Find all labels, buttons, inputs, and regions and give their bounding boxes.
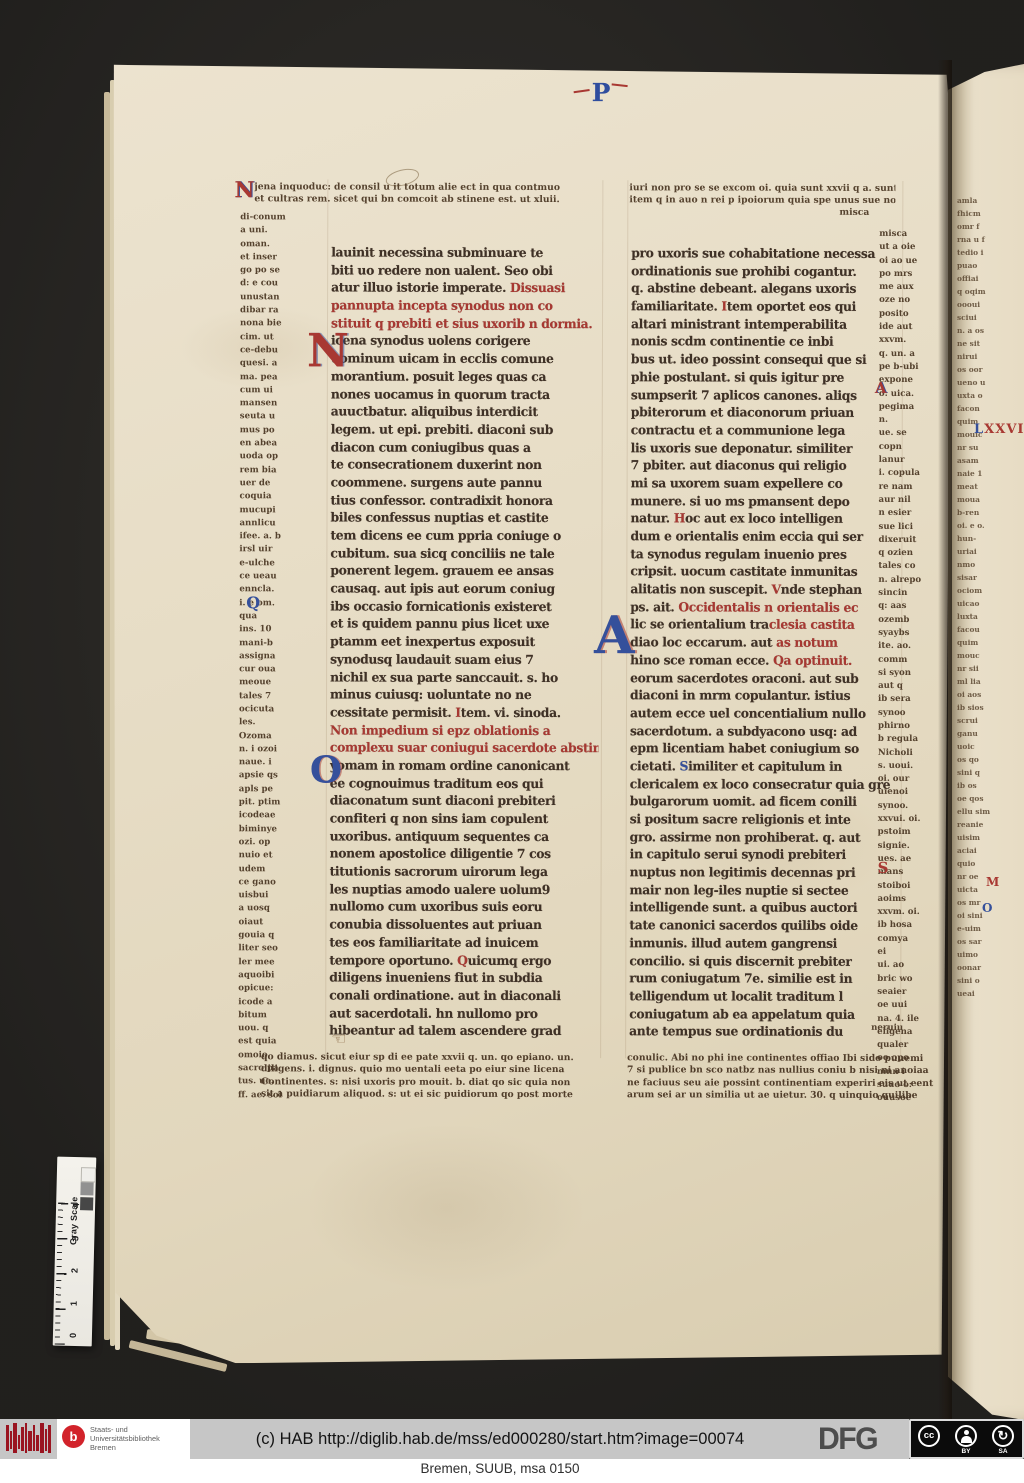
text-line: pro uxoris sue cohabitatione necessa [631,244,900,262]
text-line: mansen [240,397,316,410]
top-gloss-right: iuri non pro se se excom oi. quia sunt x… [629,182,895,218]
text-line: misca [629,206,895,218]
text-line: pe b-ubi [879,361,941,374]
text-line: q. un. a [879,348,941,361]
column2-initial-a: A [594,610,634,662]
text-line: sumpserit 7 aplicos canones. aliqs [631,386,900,404]
text-line: ins. 10 [239,623,315,636]
text-line: b regula [878,733,940,746]
ruler-ticks-major [55,1203,68,1345]
text-line: hibeantur ad talem ascendere grad [329,1022,598,1040]
cc-sa-label: SA [992,1448,1014,1455]
text-line: gro. assirme non prohiberat. q. aut [630,828,899,846]
text-line: mair non leg-iles nuptie si sectee [630,881,899,899]
text-line: oi ao ue [879,255,941,268]
text-line: clericalem ex loco consecratur quia gre [630,775,899,793]
text-line: ne sit [957,337,1014,350]
text-line: in capitulo serui synodi prebiteri [630,846,899,864]
text-line: sue lici [878,520,940,533]
text-line: oe qos [957,792,1014,805]
text-line: Continentes. s: nisi uxoris pro mouit. b… [261,1076,613,1089]
ruler-numbers: 43210 [67,1197,82,1337]
text-line: os oor [957,363,1014,376]
text-line: meat [957,480,1014,493]
text-line: fhicm [957,207,1014,220]
text-line: tales co [878,560,940,573]
text-line: cietati. Similiter et capitulum in [630,757,899,775]
text-line: icode a [238,996,314,1009]
text-line: autem ecce uel concentialium nullo [630,704,899,722]
text-line: moua [957,493,1014,506]
text-line: ite. ao. [878,640,940,653]
text-line: qualer [877,1039,939,1052]
text-line: synoo [878,707,940,720]
text-line: os qo [957,753,1014,766]
text-line: tes eos familiaritate ad inuicem [329,933,598,951]
text-line: uisbui [239,889,315,902]
column1-initial-n: N [307,327,349,373]
text-line: tales 7 [239,690,315,703]
text-line: e-ulche [239,557,315,570]
book-gutter-shadow [938,60,952,1420]
text-line: uer de [240,477,316,490]
text-column-1: lauinit necessina subminuare tebiti uo r… [329,243,600,1044]
text-line: les. [239,717,315,730]
text-line: icodeae [239,810,315,823]
text-line: copn [879,441,941,454]
text-line: uienoi [878,786,940,799]
text-line: et cultras rem. sicet qui bn comcoit ab … [254,193,654,206]
text-line: xxvui. oi. [878,813,940,826]
text-line: nuptus non legitimis decennas pri [630,863,899,881]
text-line: ta synodus regulam inuenio pres [630,545,899,563]
text-line: mus po [240,424,316,437]
left-margin-initial-q: Q [246,595,260,611]
text-line: posito [879,308,941,321]
text-line: ptamm eet inexpertus exposuit [330,633,599,651]
text-line: ui. ao [877,959,939,972]
text-line: conali ordinatione. aut in diaconali [329,986,598,1004]
text-line: bitum [238,1009,314,1022]
text-line: ocicuta [239,703,315,716]
text-line: ifee. a. b [239,530,315,543]
text-line: diaconi in mrm copulantur. istius [630,686,899,704]
text-line: oi. our [878,773,940,786]
text-line: ociom [957,584,1014,597]
text-line: complexu suar coniugui sacerdote abstine [330,739,599,757]
text-line: ib hosa [877,919,939,932]
text-line: irsl uir [239,544,315,557]
text-line: tedio i [957,246,1014,259]
text-line: udem [239,863,315,876]
text-line: facon [957,402,1014,415]
text-line: epm licentiam habet coniugium so [630,740,899,758]
text-line: biminye [239,823,315,836]
text-line: en abea [240,437,316,450]
text-line: jena inquoduc: de consil u it totum alie… [254,181,654,194]
text-line: a uni. [240,225,316,238]
text-line: rna u f [957,233,1014,246]
text-line: ib os [957,779,1014,792]
text-line: intelligende sunt. a quibus auctori [629,899,898,917]
text-line: causaq. aut ipis aut eorum coniug [330,580,599,598]
text-line: ponerent legem. grauem ee ansas [330,562,599,580]
text-line: coniugatum ab ea appelatum quia [629,1005,898,1023]
digitized-manuscript-scan: P N jena inquoduc: de consil u it totum … [0,0,1024,1483]
text-line: auuctbatur. aliquibus interdicit [331,403,600,421]
text-column-2: pro uxoris sue cohabitatione necessaordi… [629,244,900,1045]
text-line: tem dicens ee cum ppria coniuge o [330,526,599,544]
text-line: uisim [957,831,1014,844]
text-line: atur illuo istorie imperate. Dissuasi [331,279,600,297]
text-line: telligendum ut localit traditum l [629,987,898,1005]
text-line: nichil ex sua parte sanccauit. s. ho [330,668,599,686]
text-line: 7 pbiter. aut diaconus qui religio [631,457,900,475]
text-line: aur nil [879,494,941,507]
footer-attribution-bar: b Staats- undUniversitätsbibliothekBreme… [0,1419,1024,1459]
text-line: scrui [957,714,1014,727]
text-line: oooui [957,298,1014,311]
text-line: sisar [957,571,1014,584]
text-line: aut q [878,680,940,693]
text-line: oze no [879,294,941,307]
top-gloss-left: jena inquoduc: de consil u it totum alie… [254,181,654,206]
shelfmark-text: Bremen, SUUB, msa 0150 [0,1461,1000,1476]
bremen-library-name: Staats- undUniversitätsbibliothekBremen [90,1426,160,1452]
text-line: bulgarorum uomit. ad ficem conili [630,793,899,811]
text-line: meoue [239,677,315,690]
text-line: quim [957,636,1014,649]
person-body [961,1436,972,1443]
text-line: q oqim [957,285,1014,298]
text-line: biles confessus nuptias et castite [330,509,599,527]
text-line: n. alrepo [878,574,940,587]
text-line: diligens inueniens fiut in subdia [329,969,598,987]
text-line: munere. si uo ms pmansent depo [631,492,900,510]
text-line: aquoibi [238,969,314,982]
copyright-url-text: (c) HAB http://diglib.hab.de/mss/ed00028… [200,1419,800,1459]
folio-numeral-rest: XXVI [984,422,1024,437]
text-line: oiaut [238,916,314,929]
text-line: ce-debu [240,344,316,357]
text-line: rem bia [240,464,316,477]
text-line: Universitätsbibliothek [90,1435,160,1444]
cc-sa-arrow-icon: ↻ [992,1425,1014,1447]
facing-initial-m: M [986,876,999,888]
text-line: 0 [68,1326,78,1338]
text-line: cur oua [239,663,315,676]
text-line: legem. ut epi. prebiti. diaconi sub [331,420,600,438]
folio-numeral-first: L [974,422,984,437]
text-line: e-uim [957,922,1014,935]
text-line: opicue: [238,982,314,995]
text-line: biti uo redere non ualent. Seo obi [331,261,600,279]
text-line: misca [879,228,941,241]
text-line: unustan [240,291,316,304]
text-line: nullomo cum uxoribus suis eoru [329,898,598,916]
text-line: comya [877,933,939,946]
cc-by-label: BY [955,1448,977,1455]
text-line: Bremen [90,1444,160,1453]
text-line: quio [957,857,1014,870]
text-line: di-conum [240,211,316,224]
text-line: pstoim [878,826,940,839]
text-line: bric wo [877,973,939,986]
text-line: Non impedium si epz oblationis a [330,721,599,739]
text-line: ib sera [878,693,940,706]
text-line: q ozien [878,547,940,560]
text-line: offiai [957,272,1014,285]
text-line: nuio et [239,849,315,862]
text-line: lis uxoris sue deponatur. similiter [631,439,900,457]
text-line: iuri non pro se se excom oi. quia sunt x… [629,182,895,194]
text-line: pannupta incepta synodus non co [331,297,600,315]
text-line: go po se [240,264,316,277]
text-line: diao loc eccarum. aut as notum [630,633,899,651]
bottom-gloss-right: conulic. Abi no phi ine continentes offi… [627,1052,979,1102]
text-line: cripsit. uocum castitate inmunitas [630,563,899,581]
text-line: lauinit necessina subminuare te [331,243,600,261]
text-line: hino sce roman ecce. Qa optinuit. [630,651,899,669]
text-line: nirui [957,350,1014,363]
text-line: phirno [878,720,940,733]
bremen-library-logo: b [62,1425,85,1448]
right-margin-initial-s: S [878,861,889,876]
gray-scale-ruler: Gray Scale 43210 [53,1157,97,1347]
text-line: d: e cou [240,278,316,291]
cc-icon: cc [918,1425,940,1447]
text-line: diaconatum sunt diaconi prebiteri [330,792,599,810]
text-line: conulic. Abi no phi ine continentes offi… [627,1052,979,1065]
text-line: sini o [957,974,1014,987]
text-line: expone [879,374,941,387]
text-line: conubia dissoluentes aut priuan [329,916,598,934]
text-line: omr f [957,220,1014,233]
text-line: xxvm. [879,334,941,347]
text-line: tius confessor. contradixit honora [331,491,600,509]
text-line: dibar ra [240,304,316,317]
text-line: re nam [879,481,941,494]
text-line: quesi. a [240,358,316,371]
text-line: ue. se [879,427,941,440]
text-line: pit. ptim [239,796,315,809]
text-line: q. abstine debeant. alegans uxoris [631,280,900,298]
text-line: 4 [71,1196,81,1208]
text-line: liter seo [238,943,314,956]
text-line: mucupi [240,504,316,517]
text-line: item q in auo n rei p ipoiorum quia spe … [629,194,895,206]
text-line: mouc [957,649,1014,662]
text-line: alitatis non suscepit. Vnde stephan [630,580,899,598]
text-line: ml lia [957,675,1014,688]
text-line: altari ministrant intemperabilita [631,315,900,333]
copyright-segment: (c) HAB http://diglib.hab.de/mss/ed00028… [190,1419,909,1459]
text-line: ce ueau [239,570,315,583]
quire-mark-p: P [592,78,611,107]
text-line: Nicholi [878,746,940,759]
dfg-logo: DFG [818,1422,877,1458]
cc-by-person-icon [955,1425,977,1447]
text-line: arum sei ar un similia ut ae uietur. 30.… [627,1089,979,1102]
text-line: et inser [240,251,316,264]
text-line: ei [877,946,939,959]
text-line: sincin [878,587,940,600]
text-line: reanie [957,818,1014,831]
text-line: cim. ut [240,331,316,344]
text-line: q: aas [878,600,940,613]
quire-mark-flourish [574,89,590,93]
text-line: n. a os [957,324,1014,337]
text-line: icena synodus uolens corigere [331,332,600,350]
text-line: dixeruit [878,534,940,547]
text-line: n esier [879,507,941,520]
text-line: annlicu [239,517,315,530]
text-line: asam [957,454,1014,467]
text-line: lanur [879,454,941,467]
text-line: xxvm. oi. [877,906,939,919]
text-line: naie 1 [957,467,1014,480]
text-line: nonis scdm continentie ce inbi [631,333,900,351]
text-line: nones uocamus in quorum tracta [331,385,600,403]
text-line: ps. ait. Occidentalis n orientalis ec [630,598,899,616]
text-line: n. i ozoi [239,743,315,756]
text-line: oe uui [877,999,939,1012]
text-line: sacerdotum. a subdyacono usq: ad [630,722,899,740]
text-line: uicao [957,597,1014,610]
manuscript-page: P N jena inquoduc: de consil u it totum … [110,61,951,1365]
text-line: ide aut [879,321,941,334]
text-line: ueno u [957,376,1014,389]
text-line: synoo. [878,800,940,813]
text-line: uxoribus. antiquum sequentes ca [330,827,599,845]
text-line: a uosq [238,903,314,916]
bottom-gloss-note: neruiu [871,1023,903,1033]
text-line: os sar [957,935,1014,948]
photo-background: P N jena inquoduc: de consil u it totum … [0,0,1024,1419]
text-line: te consecrationem duxerint non [331,456,600,474]
text-line: bus ut. ideo possint consequi que si [631,350,900,368]
text-line: confiteri q non sins iam copulent [330,809,599,827]
text-line: me aux [879,281,941,294]
text-line: oonar [957,961,1014,974]
column1-initial-o: O [310,751,342,788]
text-line: sit a puidiarum aliquod. s: ut ei sic pu… [261,1088,613,1101]
text-line: eorum sacerdotes oraconi. aut sub [630,669,899,687]
text-line: facou [957,623,1014,636]
text-line: ganu [957,727,1014,740]
text-line: et is quidem pannu pius licet uxe [330,615,599,633]
text-line: 3 [70,1228,80,1240]
text-line: amla [957,194,1014,207]
text-line: Staats- und [90,1426,160,1435]
text-line: oman. [240,238,316,251]
text-line: Ozoma [239,730,315,743]
facing-page: amlafhicmomr frna u ftedio ipuaooffiaiq … [948,64,1024,1420]
ruling-line [325,179,328,1057]
text-line: assigna [239,650,315,663]
text-line: ibs occasio fornicationis existeret [330,597,599,615]
text-line: i. copula [879,467,941,480]
text-line: ma. pea [240,371,316,384]
text-line: aciai [957,844,1014,857]
text-line: nonem apostolice diligentie 7 cos [330,845,599,863]
text-line: si syon [878,667,940,680]
text-line: ib sios [957,701,1014,714]
text-line: ozi. op [239,836,315,849]
text-line: sini q [957,766,1014,779]
text-line: diligens. i. dignus. quio mo uentali eet… [261,1064,613,1077]
text-line: 1 [69,1293,79,1305]
text-line: ce gano [239,876,315,889]
text-line: o: uica. [879,387,941,400]
text-line: pbiterorum et diaconorum priuan [631,403,900,421]
hab-barcode-logo [6,1423,52,1455]
text-line: nr su [957,441,1014,454]
text-line: apls pe [239,783,315,796]
text-line: sciui [957,311,1014,324]
text-line: ler mee [238,956,314,969]
text-line: ee cognouimus traditum eos qui [330,774,599,792]
text-line: po mrs [879,268,941,281]
text-line: uoic [957,740,1014,753]
text-line: cubitum. sua sicq conciliis ne tale [330,544,599,562]
text-line: tempore oportuno. Quicumq ergo [329,951,598,969]
text-line: signie. [878,840,940,853]
text-line: b-ren [957,506,1014,519]
text-line: naue. i [239,756,315,769]
text-line: stituit q prebiti et sius uxorib n dormi… [331,314,600,332]
text-line: inmunis. illud autem gangrensi [629,934,898,952]
text-line: gouia q [238,929,314,942]
text-line: seuta u [240,411,316,424]
text-line: dum e orientalis enim eccia qui ser [630,527,899,545]
text-line: 7 si publice bn sco natbz nas nullius co… [627,1065,979,1078]
creative-commons-segment: cc ↻ BY SA [909,1419,1024,1459]
text-line: tate canonici sacerdos quilibs oide [629,916,898,934]
text-line: nmo [957,558,1014,571]
text-line: luxta [957,610,1014,623]
text-line: uoda op [240,451,316,464]
text-line: lic se orientalium traclesia castita [630,616,899,634]
text-line: titutionis sacrorum uirorum lega [330,863,599,881]
text-line: aoims [877,893,939,906]
text-line: aut sacerdotali. hn nullomo pro [329,1004,598,1022]
text-line: coommene. surgens aute pannu [331,473,600,491]
text-line: ne faciuus seu aie possint continentiam … [627,1077,979,1090]
quire-mark-flourish [612,83,628,87]
text-line: phie postulant. si quis igitur pre [631,368,900,386]
text-line: uimo [957,948,1014,961]
text-line: pegima [879,401,941,414]
gray-swatch-white [81,1167,96,1182]
text-line: cessitate permisit. Item. vi. sinoda. [330,703,599,721]
bottom-gloss-left: qo diamus. sicut eiur sp di ee pate xxvi… [261,1051,613,1101]
text-line: uriai [957,545,1014,558]
text-line: nona bie [240,318,316,331]
text-line: puao [957,259,1014,272]
text-line: coquia [240,490,316,503]
text-line: cum ui [240,384,316,397]
text-line: ellu sim [957,805,1014,818]
gray-swatch-mid [80,1182,93,1195]
text-line: mani-b [239,637,315,650]
text-line: rum coniugatum 7e. similie est in [629,969,898,987]
text-line: 2 [69,1261,79,1273]
text-line: nr sii [957,662,1014,675]
facing-page-folio-numeral: LXXVI [974,422,1024,437]
text-line: natur. Hoc aut ex loco intelligen [630,510,899,528]
text-line: ut a oie [879,241,941,254]
